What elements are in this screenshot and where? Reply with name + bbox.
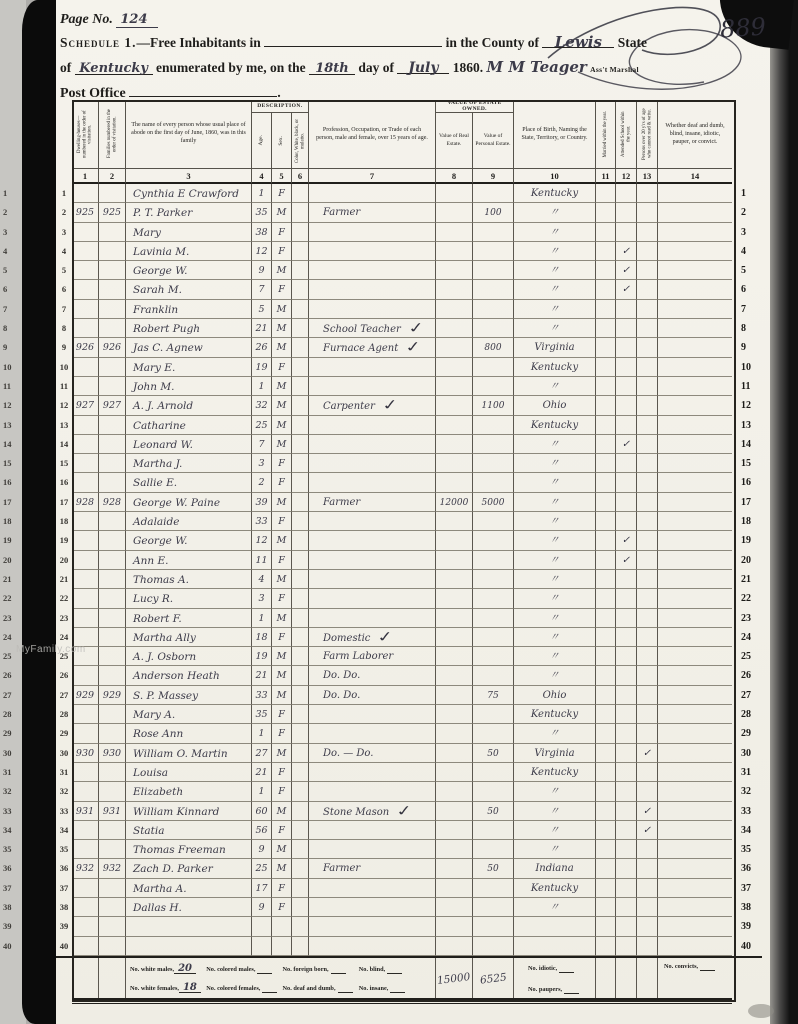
cell-dwelling-number [72,319,99,338]
cell-occupation [309,724,436,743]
cell-dwelling-number [72,300,99,319]
post-office-blank [129,84,277,97]
header-occupation: Profession, Occupation, or Trade of each… [309,100,436,168]
cell-age: 12 [252,242,272,261]
cell-name: Adalaide [126,512,252,531]
cell-family-number [99,879,126,898]
row-number-right: 40 [732,937,762,956]
cell-sex: F [272,454,292,473]
cell-birthplace: 〃 [514,377,596,396]
cell-dwelling-number [72,917,99,936]
cell-age: 39 [252,493,272,512]
cell-married-in-year [596,802,616,821]
cell-birthplace: 〃 [514,493,596,512]
row-number-right: 17 [732,493,762,512]
edge-row-number: 13 [3,416,12,435]
header-personal-estate: Value of Personal Estate. [473,113,514,168]
header-color: Color, White, black, or mulatto. [292,113,309,168]
cell-color [292,358,309,377]
cell-name: Louisa [126,763,252,782]
document-header: Page No. 124 Schedule 1.—Free Inhabitant… [60,12,760,102]
colnum-11: 11 [596,168,616,184]
header-color-label: Color, White, black, or mulatto. [295,115,306,167]
cell-personal-estate-value [473,416,514,435]
cell-remarks [658,898,732,917]
cell-remarks [658,821,732,840]
cell-attended-school: ✓ [616,261,637,280]
cell-cannot-read [637,512,658,531]
cell-personal-estate-value [473,937,514,956]
cell-attended-school [616,879,637,898]
cell-occupation [309,589,436,608]
cell-attended-school [616,609,637,628]
blind-blank [387,965,402,974]
insane-blank [390,984,405,993]
cell-married-in-year [596,493,616,512]
convicts: No. convicts, [664,962,732,971]
cell-married-in-year [596,531,616,550]
row-number-right: 1 [732,184,762,203]
cell-sex: M [272,416,292,435]
cell-family-number [99,280,126,299]
cell-age: 60 [252,802,272,821]
cell-real-estate-value [436,744,473,763]
cell-attended-school [616,416,637,435]
cell-color [292,879,309,898]
cell-dwelling-number [72,782,99,801]
cell-name [126,917,252,936]
cell-cannot-read [637,763,658,782]
cell-occupation [309,261,436,280]
cell-birthplace: 〃 [514,724,596,743]
cell-age: 27 [252,744,272,763]
row-number-right: 8 [732,319,762,338]
cell-name: Martha J. [126,454,252,473]
cell-personal-estate-value [473,609,514,628]
cell-occupation: Carpenter✓ [309,396,436,415]
row-number-right: 38 [732,898,762,917]
cell-family-number [99,319,126,338]
cell-sex: F [272,512,292,531]
colored-females: No. colored females, [206,979,282,998]
cell-personal-estate-value [473,821,514,840]
cell-personal-estate-value [473,840,514,859]
cell-family-number [99,358,126,377]
colnum-4: 4 [252,168,272,184]
cell-real-estate-value [436,628,473,647]
cell-married-in-year [596,551,616,570]
cell-personal-estate-value [473,261,514,280]
cell-cannot-read: ✓ [637,821,658,840]
cell-real-estate-value [436,570,473,589]
cell-real-estate-value [436,705,473,724]
cell-name: Mary E. [126,358,252,377]
cell-sex: M [272,531,292,550]
cell-cannot-read [637,705,658,724]
cell-color [292,686,309,705]
deaf-dumb-blank [338,984,353,993]
cell-remarks [658,338,732,357]
cell-attended-school [616,319,637,338]
cell-birthplace: Ohio [514,396,596,415]
row-number-left: 13 [56,416,72,435]
cell-family-number [99,473,126,492]
cell-cannot-read [637,859,658,878]
cell-personal-estate-value [473,917,514,936]
cell-attended-school [616,300,637,319]
cell-family-number [99,435,126,454]
cell-color [292,937,309,956]
cell-color [292,744,309,763]
marshal-label: Ass't Marshal [590,65,639,74]
cell-age: 9 [252,261,272,280]
idiotic-blank [559,964,574,973]
cell-married-in-year [596,628,616,647]
row-number-right: 21 [732,570,762,589]
convicts-label: No. convicts, [664,963,698,970]
cell-family-number [99,531,126,550]
cell-remarks [658,859,732,878]
cell-personal-estate-value: 100 [473,203,514,222]
paupers: No. paupers, [528,985,595,994]
cell-remarks [658,435,732,454]
cell-family-number [99,666,126,685]
colnum-6: 6 [292,168,309,184]
cell-family-number [99,261,126,280]
cell-color [292,647,309,666]
cell-sex: F [272,473,292,492]
cell-name [126,937,252,956]
cell-color [292,628,309,647]
edge-row-number: 39 [3,917,12,936]
cell-married-in-year [596,512,616,531]
row-number-right: 24 [732,628,762,647]
cell-cannot-read [637,724,658,743]
cell-cannot-read [637,435,658,454]
cell-sex: F [272,223,292,242]
cell-real-estate-value [436,512,473,531]
cell-married-in-year [596,763,616,782]
cell-cannot-read [637,300,658,319]
cell-occupation [309,358,436,377]
row-number-right: 23 [732,609,762,628]
row-number-left: 23 [56,609,72,628]
header-age: Age. [252,113,272,168]
cell-color [292,223,309,242]
cell-color [292,203,309,222]
cell-family-number: 926 [99,338,126,357]
cell-remarks [658,416,732,435]
colored-females-label: No. colored females, [206,985,260,992]
cell-married-in-year [596,454,616,473]
cell-personal-estate-value [473,300,514,319]
cell-attended-school [616,686,637,705]
colored-males-blank [257,965,272,974]
header-school: Attended School within the year. [616,100,637,168]
cell-cannot-read [637,377,658,396]
cell-sex: F [272,821,292,840]
cell-attended-school [616,898,637,917]
cell-name: John M. [126,377,252,396]
row-number-left: 6 [56,280,72,299]
cell-married-in-year [596,338,616,357]
cell-sex: M [272,319,292,338]
deaf-dumb-label: No. deaf and dumb, [283,985,336,992]
cell-sex: F [272,879,292,898]
cell-family-number [99,223,126,242]
cell-color [292,242,309,261]
district-blank [264,34,442,47]
row-number-right: 5 [732,261,762,280]
row-number-left: 29 [56,724,72,743]
cell-remarks [658,840,732,859]
colnum-14: 14 [658,168,732,184]
cell-real-estate-value [436,609,473,628]
cell-cannot-read [637,261,658,280]
cell-family-number [99,184,126,203]
cell-married-in-year [596,261,616,280]
cell-birthplace: 〃 [514,300,596,319]
cell-color [292,280,309,299]
cell-age: 21 [252,319,272,338]
cell-family-number [99,589,126,608]
cell-real-estate-value [436,917,473,936]
cell-personal-estate-value [473,531,514,550]
cell-dwelling-number [72,609,99,628]
bottom-rule [72,998,732,1004]
row-number-left: 7 [56,300,72,319]
summary-col11 [596,958,616,1000]
cell-sex: M [272,666,292,685]
cell-attended-school [616,396,637,415]
summary-counts: No. white males,20 No. colored males, No… [126,958,436,1000]
row-number-right: 20 [732,551,762,570]
cell-color [292,609,309,628]
edge-row-number: 27 [3,686,12,705]
row-number-right: 4 [732,242,762,261]
row-number-left: 36 [56,859,72,878]
foreign-born-label: No. foreign born, [283,966,329,973]
cell-cannot-read [637,879,658,898]
cell-dwelling-number [72,358,99,377]
row-number-left: 1 [56,184,72,203]
cell-age: 2 [252,473,272,492]
cell-birthplace: Virginia [514,744,596,763]
edge-row-number: 3 [3,223,12,242]
row-number-right: 28 [732,705,762,724]
cell-real-estate-value [436,937,473,956]
cell-married-in-year [596,280,616,299]
cell-real-estate-value [436,338,473,357]
cell-remarks [658,686,732,705]
census-table: Dwelling-houses— numbered in the order o… [56,100,762,1000]
cell-sex [272,937,292,956]
cell-occupation [309,570,436,589]
cell-attended-school [616,666,637,685]
cell-sex: F [272,242,292,261]
cell-personal-estate-value [473,589,514,608]
cell-dwelling-number: 926 [72,338,99,357]
header-name: The name of every person whose usual pla… [126,100,252,168]
cell-real-estate-value [436,300,473,319]
cell-sex: M [272,840,292,859]
cell-age: 19 [252,358,272,377]
cell-personal-estate-value [473,628,514,647]
county-value: Lewis [542,37,614,48]
cell-attended-school [616,377,637,396]
cell-birthplace: 〃 [514,647,596,666]
idiotic: No. idiotic, [528,964,595,973]
cell-birthplace: 〃 [514,570,596,589]
cell-family-number [99,454,126,473]
cell-real-estate-value [436,782,473,801]
deaf-dumb: No. deaf and dumb, [283,979,359,998]
cell-married-in-year [596,898,616,917]
cell-sex: M [272,203,292,222]
cell-color [292,859,309,878]
cell-cannot-read [637,647,658,666]
row-number-right: 22 [732,589,762,608]
row-number-left: 26 [56,666,72,685]
cell-birthplace: 〃 [514,203,596,222]
edge-row-number: 32 [3,782,12,801]
cell-remarks [658,531,732,550]
cell-remarks [658,300,732,319]
colnum-8: 8 [436,168,473,184]
edge-row-number: 37 [3,879,12,898]
cell-sex: F [272,705,292,724]
cell-married-in-year [596,840,616,859]
cell-attended-school [616,744,637,763]
header-family-label: Families numbered in the order of visita… [107,108,118,160]
cell-age: 35 [252,705,272,724]
page-no-value: 124 [116,12,157,28]
header-sex: Sex. [272,113,292,168]
row-number-left: 39 [56,917,72,936]
cell-remarks [658,319,732,338]
cell-color [292,782,309,801]
cell-dwelling-number [72,377,99,396]
cell-age: 1 [252,609,272,628]
colnum-1: 1 [72,168,99,184]
cell-remarks [658,744,732,763]
edge-row-number: 26 [3,666,12,685]
row-number-left: 4 [56,242,72,261]
cell-age: 25 [252,416,272,435]
row-number-right: 9 [732,338,762,357]
cell-occupation [309,898,436,917]
cell-name: A. J. Osborn [126,647,252,666]
row-number-left: 21 [56,570,72,589]
cell-age: 9 [252,898,272,917]
cell-color [292,184,309,203]
edge-row-number: 33 [3,802,12,821]
cell-married-in-year [596,358,616,377]
cell-birthplace: 〃 [514,435,596,454]
cell-color [292,570,309,589]
cell-color [292,454,309,473]
cell-birthplace: Kentucky [514,879,596,898]
cell-dwelling-number [72,531,99,550]
cell-name: Statia [126,821,252,840]
row-number-left: 14 [56,435,72,454]
cell-family-number [99,840,126,859]
cell-occupation [309,705,436,724]
cell-dwelling-number: 931 [72,802,99,821]
cell-birthplace: 〃 [514,531,596,550]
cell-sex: F [272,782,292,801]
cell-birthplace: 〃 [514,782,596,801]
cell-real-estate-value [436,763,473,782]
cell-attended-school [616,493,637,512]
cell-color [292,705,309,724]
cell-color [292,821,309,840]
cell-age: 7 [252,435,272,454]
cell-cannot-read [637,551,658,570]
cell-personal-estate-value [473,223,514,242]
row-number-left: 9 [56,338,72,357]
cell-family-number: 932 [99,859,126,878]
cell-sex: M [272,647,292,666]
summary-col12 [616,958,637,1000]
cell-dwelling-number [72,879,99,898]
cell-family-number [99,724,126,743]
cell-color [292,261,309,280]
cell-cannot-read [637,937,658,956]
cell-dwelling-number: 930 [72,744,99,763]
header-sex-label: Sex. [278,136,284,146]
row-number-right: 37 [732,879,762,898]
cell-age [252,917,272,936]
cell-cannot-read [637,338,658,357]
cell-family-number: 930 [99,744,126,763]
cell-cannot-read [637,184,658,203]
cell-occupation [309,531,436,550]
row-number-left: 16 [56,473,72,492]
white-females: No. white females,18 [130,979,206,998]
watermark: MyFamily.com [16,644,86,655]
colnum-13: 13 [637,168,658,184]
cell-cannot-read [637,898,658,917]
cell-real-estate-value [436,473,473,492]
cell-attended-school [616,454,637,473]
cell-married-in-year [596,724,616,743]
cell-personal-estate-value [473,898,514,917]
cell-remarks [658,358,732,377]
cell-real-estate-value [436,859,473,878]
cell-dwelling-number: 929 [72,686,99,705]
cell-name: Jas C. Agnew [126,338,252,357]
edge-row-number: 8 [3,319,12,338]
summary-idiotic-paupers: No. idiotic, No. paupers, [514,958,596,1000]
cell-sex: F [272,628,292,647]
cell-family-number [99,763,126,782]
cell-real-estate-value [436,589,473,608]
cell-family-number [99,705,126,724]
row-number-left: 34 [56,821,72,840]
cell-attended-school [616,705,637,724]
row-number-right: 31 [732,763,762,782]
cell-age: 12 [252,531,272,550]
cell-sex: F [272,589,292,608]
row-number-right: 39 [732,917,762,936]
cell-name: Rose Ann [126,724,252,743]
row-number-right: 3 [732,223,762,242]
cell-attended-school [616,802,637,821]
edge-row-number: 19 [3,531,12,550]
cell-personal-estate-value [473,724,514,743]
cell-remarks [658,512,732,531]
